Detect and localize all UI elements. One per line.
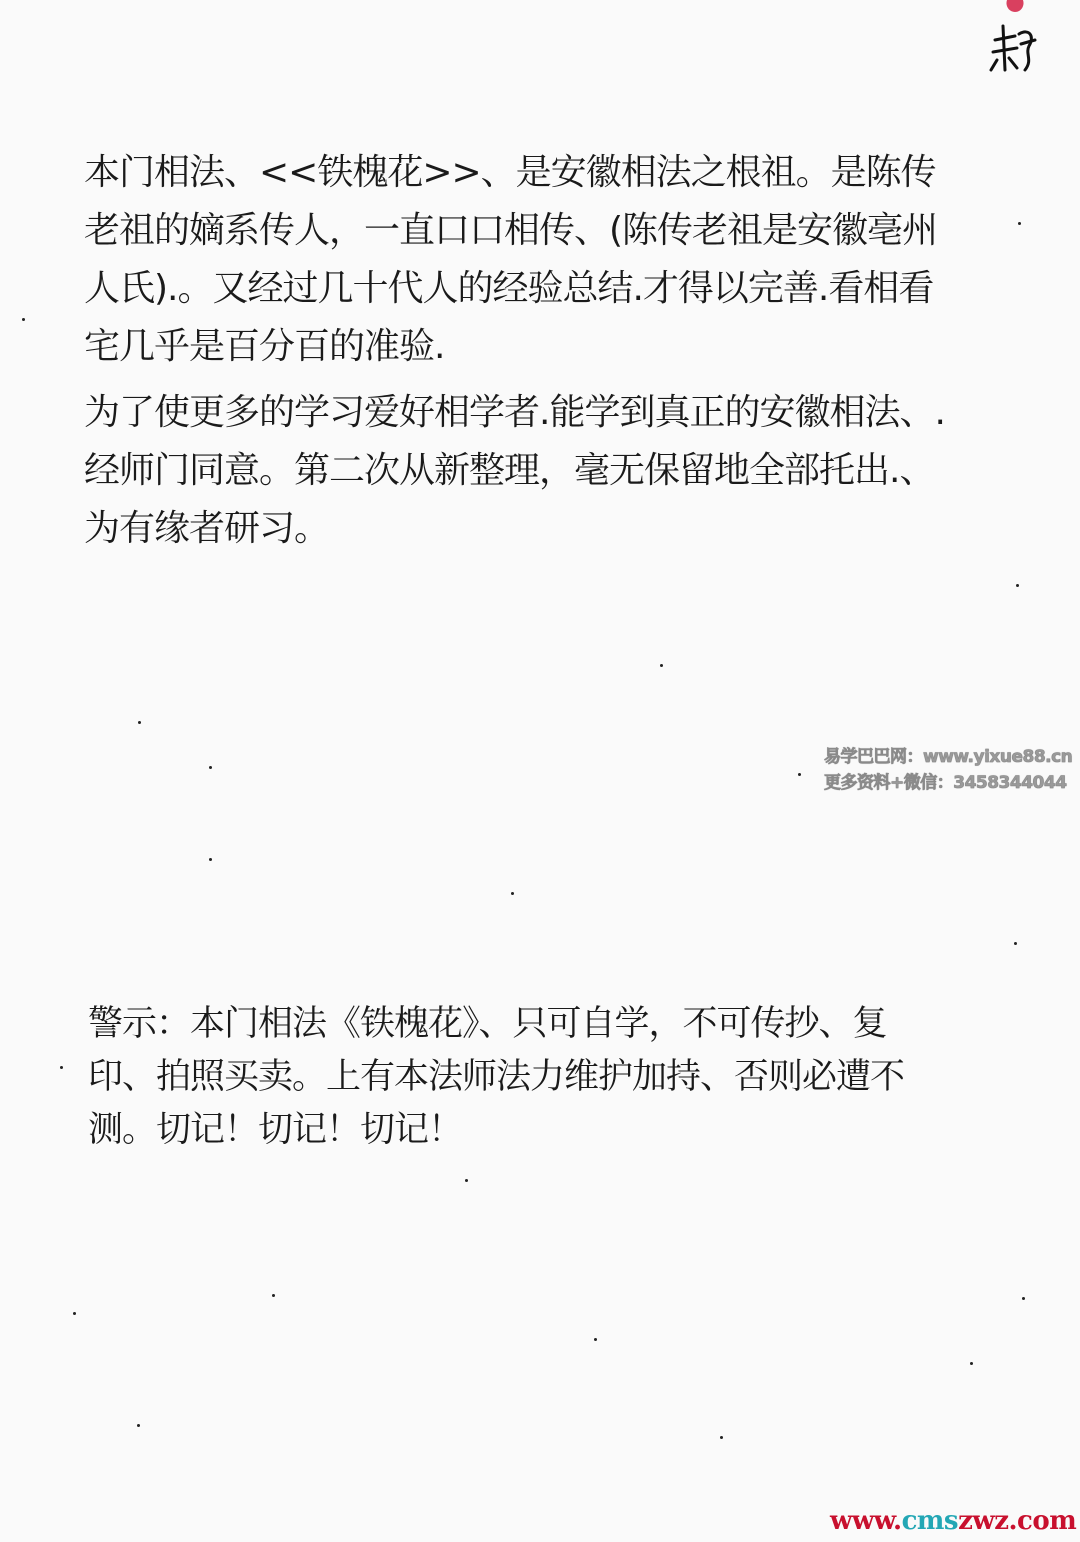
speck [511, 892, 514, 895]
signature-seal-icon [985, 0, 1045, 80]
text-line: 警示：本门相法《铁槐花》、只可自学，不可传抄、复 [88, 998, 948, 1051]
site-watermark: 易学巴巴网：www.yixue88.cn 更多资料+微信：3458344044 [824, 744, 1072, 796]
text-line: 测。切记！切记！切记！ [88, 1104, 948, 1157]
watermark-contact-line: 更多资料+微信：3458344044 [824, 770, 1072, 796]
speck [1016, 584, 1019, 587]
document-page: 本门相法、<<铁槐花>>、是安徽相法之根祖。是陈传 老祖的嫡系传人，一直口口相传… [0, 0, 1080, 1542]
intro-paragraph: 本门相法、<<铁槐花>>、是安徽相法之根祖。是陈传 老祖的嫡系传人，一直口口相传… [84, 144, 944, 376]
text-line: 为有缘者研习。 [84, 500, 944, 558]
text-line: 经师门同意。第二次从新整理，毫无保留地全部托出.、 [84, 442, 944, 500]
speck [22, 318, 25, 321]
speck [272, 1294, 275, 1297]
footer-prefix: www. [830, 1506, 902, 1536]
watermark-site-line: 易学巴巴网：www.yixue88.cn [824, 744, 1072, 770]
text-line: 本门相法、<<铁槐花>>、是安徽相法之根祖。是陈传 [84, 144, 944, 202]
text-line: 为了使更多的学习爱好相学者.能学到真正的安徽相法、. [84, 384, 944, 442]
speck [209, 858, 212, 861]
text-line: 印、拍照买卖。上有本法师法力维护加持、否则必遭不 [88, 1051, 948, 1104]
speck [465, 1179, 468, 1182]
speck [137, 1424, 140, 1427]
speck [660, 664, 663, 667]
speck [798, 773, 801, 776]
purpose-paragraph: 为了使更多的学习爱好相学者.能学到真正的安徽相法、. 经师门同意。第二次从新整理… [84, 384, 944, 558]
speck [970, 1362, 973, 1365]
footer-watermark: www.cmszwz.com [830, 1506, 1076, 1536]
footer-suffix: zwz.com [958, 1506, 1076, 1536]
text-line: 宅几乎是百分百的准验. [84, 318, 944, 376]
text-line: 人氏).。又经过几十代人的经验总结.才得以完善.看相看 [84, 260, 944, 318]
speck [138, 721, 141, 724]
speck [720, 1436, 723, 1439]
warning-paragraph: 警示：本门相法《铁槐花》、只可自学，不可传抄、复 印、拍照买卖。上有本法师法力维… [88, 998, 948, 1157]
speck [73, 1312, 76, 1315]
speck [594, 1338, 597, 1341]
speck [1014, 942, 1017, 945]
speck [60, 1066, 63, 1069]
footer-middle: cms [902, 1506, 958, 1536]
speck [209, 766, 212, 769]
speck [1018, 222, 1021, 225]
text-line: 老祖的嫡系传人，一直口口相传、(陈传老祖是安徽亳州 [84, 202, 944, 260]
speck [1022, 1297, 1025, 1300]
